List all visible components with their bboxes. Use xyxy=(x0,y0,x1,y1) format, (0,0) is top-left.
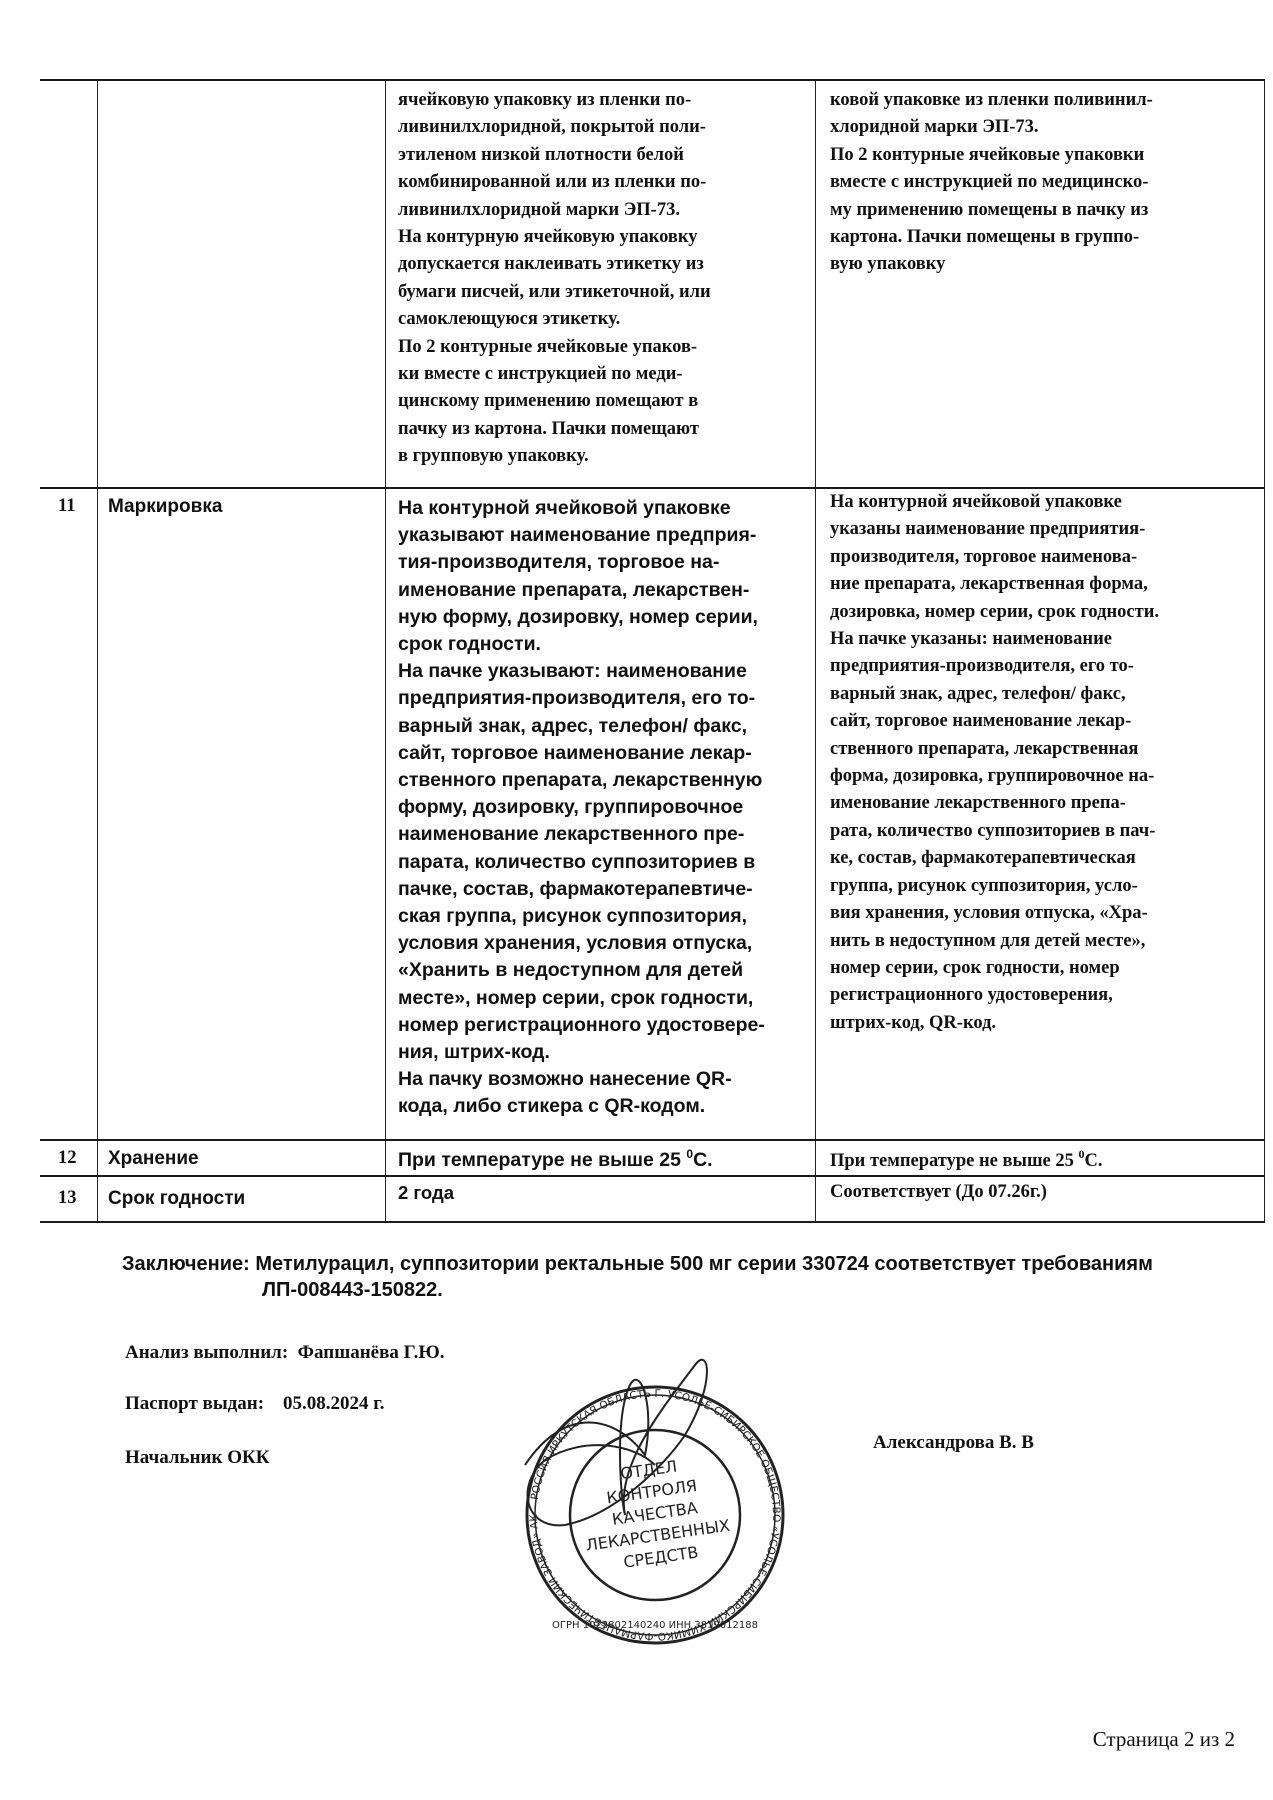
analysis-value: Фапшанёва Г.Ю. xyxy=(298,1342,445,1363)
passport-label: Паспорт выдан: xyxy=(125,1393,264,1414)
head-name: Александрова В. В xyxy=(873,1432,1034,1454)
conclusion-doc-number: ЛП-008443-150822. xyxy=(262,1279,443,1302)
requirement-cell: При температуре не выше 25 0С. xyxy=(385,1141,815,1175)
requirement-text: ячейковую упаковку из пленки по- ливинил… xyxy=(398,87,805,471)
requirement-cell: ячейковую упаковку из пленки по- ливинил… xyxy=(385,81,815,487)
row-indicator-name: Срок годности xyxy=(97,1177,385,1221)
actual-unit: С. xyxy=(1085,1151,1103,1171)
svg-text:ОГРН 1023802140240 ИНН 3819012: ОГРН 1023802140240 ИНН 3819012188 xyxy=(552,1620,758,1631)
row-number: 11 xyxy=(40,489,97,1139)
row-number: 12 xyxy=(40,1141,97,1175)
requirement-text: При температуре не выше 25 xyxy=(398,1149,686,1171)
actual-text: На контурной ячейковой упаковке указаны … xyxy=(830,489,1254,1037)
table-row: ячейковую упаковку из пленки по- ливинил… xyxy=(40,79,1265,487)
row-number: 13 xyxy=(40,1177,97,1221)
analysis-label: Анализ выполнил: xyxy=(125,1342,288,1363)
conclusion-text: Метилурацил, суппозитории ректальные 500… xyxy=(255,1253,1152,1275)
table-row: 12 Хранение При температуре не выше 25 0… xyxy=(40,1139,1265,1175)
actual-text: При температуре не выше 25 xyxy=(830,1151,1079,1171)
requirement-cell: 2 года xyxy=(385,1177,815,1221)
head-label: Начальник ОКК xyxy=(125,1447,270,1469)
stamp-icon: РОССИЯ ИРКУТСКАЯ ОБЛАСТЬ Г. УСОЛЬЕ-СИБИР… xyxy=(505,1345,805,1645)
table-row: 13 Срок годности 2 года Соответствует (Д… xyxy=(40,1175,1265,1223)
table-row: 11 Маркировка На контурной ячейковой упа… xyxy=(40,487,1265,1139)
analysis-line: Анализ выполнил: Фапшанёва Г.Ю. xyxy=(125,1342,444,1364)
row-number xyxy=(40,81,97,487)
row-indicator-name: Хранение xyxy=(97,1141,385,1175)
requirement-text: На контурной ячейковой упаковке указываю… xyxy=(398,495,805,1121)
row-indicator-name xyxy=(97,81,385,487)
passport-line: Паспорт выдан: 05.08.2024 г. xyxy=(125,1393,385,1415)
actual-cell: Соответствует (До 07.26г.) xyxy=(815,1177,1265,1221)
conclusion-label: Заключение: xyxy=(122,1253,250,1275)
conclusion: Заключение: Метилурацил, суппозитории ре… xyxy=(122,1250,1153,1278)
page-number: Страница 2 из 2 xyxy=(1093,1727,1235,1752)
spec-table: ячейковую упаковку из пленки по- ливинил… xyxy=(40,79,1265,1223)
row-indicator-name: Маркировка xyxy=(97,489,385,1139)
actual-cell: На контурной ячейковой упаковке указаны … xyxy=(815,489,1265,1139)
requirement-cell: На контурной ячейковой упаковке указываю… xyxy=(385,489,815,1139)
actual-cell: При температуре не выше 25 0С. xyxy=(815,1141,1265,1175)
actual-cell: ковой упаковке из пленки поливинил- хлор… xyxy=(815,81,1265,487)
passport-value: 05.08.2024 г. xyxy=(283,1393,385,1414)
actual-text: ковой упаковке из пленки поливинил- хлор… xyxy=(830,87,1254,279)
requirement-unit: С. xyxy=(693,1149,713,1171)
